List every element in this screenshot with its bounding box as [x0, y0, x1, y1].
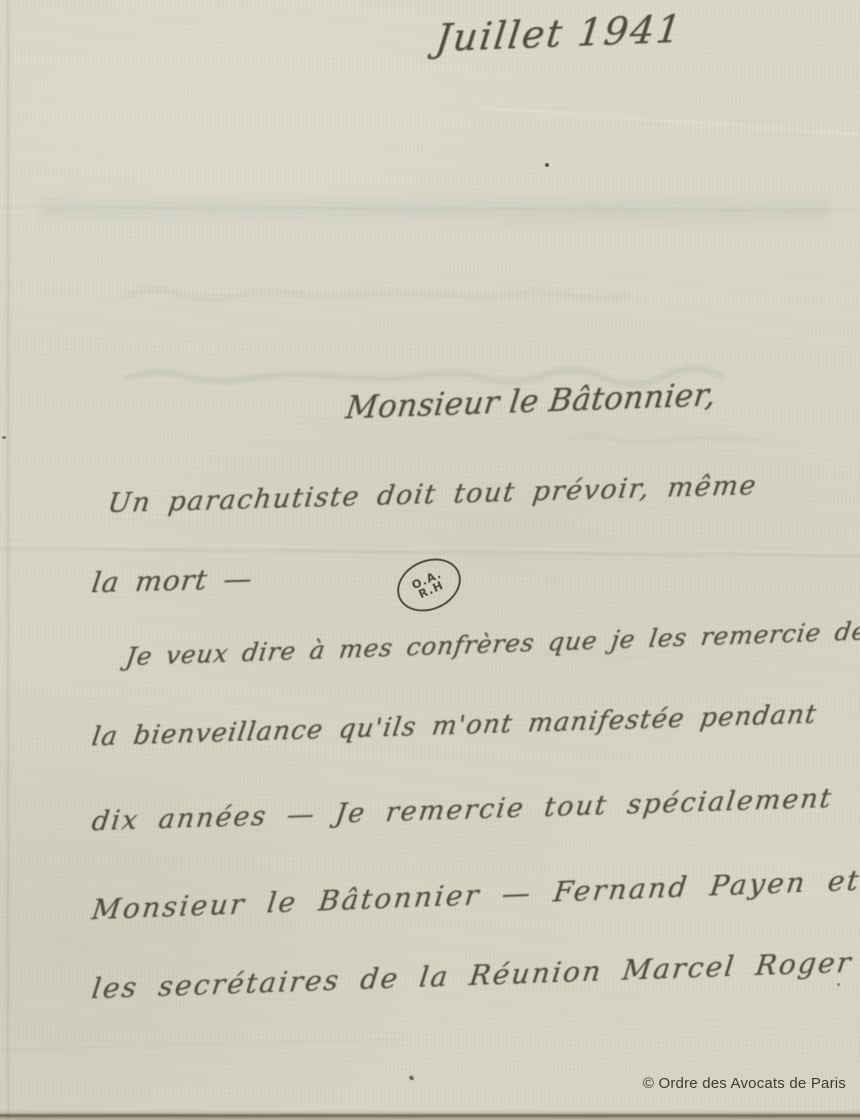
handwriting-line-1: Un parachutiste doit tout prévoir, même [106, 470, 759, 519]
date-line: Juillet 1941 [433, 6, 685, 60]
paper-crease-left-vertical [7, 0, 11, 1120]
scan-bottom-edge [0, 1110, 860, 1120]
archive-oval-stamp: O.A. R.H [389, 549, 470, 622]
handwriting-line-4: la bienveillance qu'ils m'ont manifestée… [90, 699, 819, 752]
ink-speck [2, 436, 6, 439]
handwriting-line-7: les secrétaires de la Réunion Marcel Rog… [90, 945, 855, 1005]
paper-crease-top-right-diagonal [480, 107, 859, 136]
bleed-through-band [40, 192, 830, 230]
ink-speck [408, 1075, 414, 1081]
ink-speck [837, 983, 840, 986]
ink-speck [545, 163, 549, 167]
handwritten-letter-scan: Juillet 1941 Monsieur le Bâtonnier, Un p… [0, 0, 860, 1120]
salutation-line: Monsieur le Bâtonnier, [344, 377, 718, 426]
paper-crease-bottom-left-diagonal [0, 1037, 400, 1051]
paper-crease-middle-horizontal [0, 544, 860, 557]
handwriting-line-6: Monsieur le Bâtonnier — Fernand Payen et [90, 863, 860, 926]
copyright-credit: © Ordre des Avocats de Paris [643, 1075, 846, 1092]
handwriting-line-5: dix années — Je remercie tout spécialeme… [90, 783, 835, 837]
handwriting-line-3: Je veux dire à mes confrères que je les … [124, 616, 860, 671]
handwriting-line-2: la mort — [90, 562, 255, 599]
